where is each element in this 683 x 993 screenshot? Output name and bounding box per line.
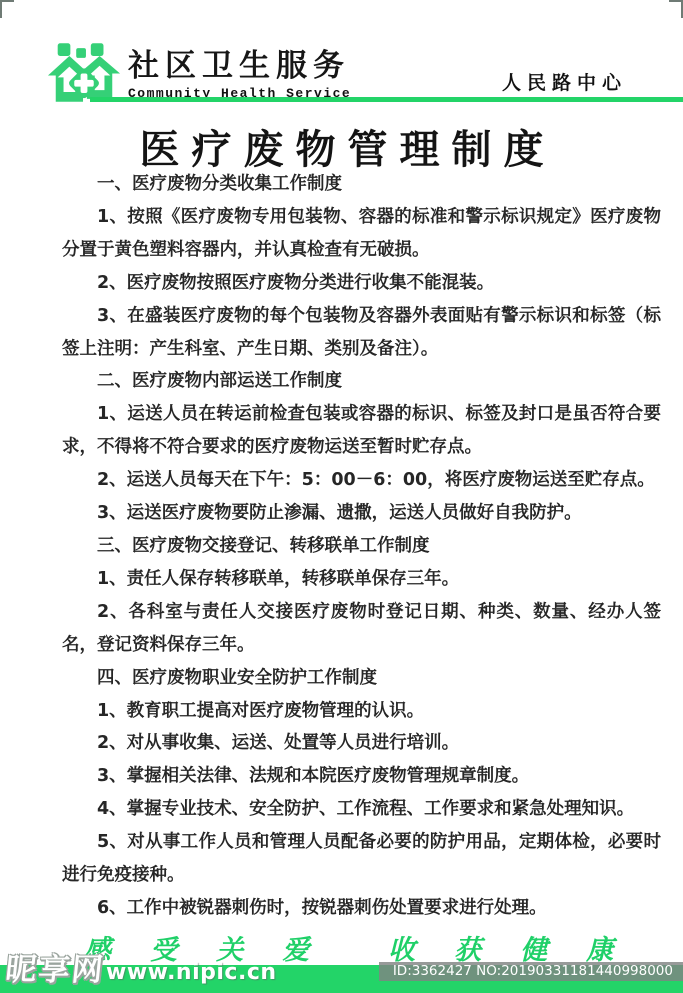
body-paragraph: 1、责任人保存转移联单，转移联单保存三年。 [62,563,661,596]
body-paragraph: 2、各科室与责任人交接医疗废物时登记日期、种类、数量、经办人签名，登记资料保存三… [62,596,661,662]
watermark-site-logo: 昵享网 [4,944,108,989]
body-paragraph: 1、教育职工提高对医疗废物管理的认识。 [62,695,661,728]
org-name-cn: 社区卫生服务 [128,50,351,83]
document-body: 一、医疗废物分类收集工作制度 1、按照《医疗废物专用包装物、容器的标准和警示标识… [62,168,661,925]
section-heading: 三、医疗废物交接登记、转移联单工作制度 [62,530,661,563]
section-heading: 一、医疗废物分类收集工作制度 [62,168,661,201]
body-paragraph: 2、运送人员每天在下午：5：00－6：00，将医疗废物运送至贮存点。 [62,464,661,497]
community-health-logo-icon [46,43,122,104]
body-paragraph: 3、运送医疗废物要防止渗漏、遗撒，运送人员做好自我防护。 [62,497,661,530]
body-paragraph: 6、工作中被锐器刺伤时，按锐器刺伤处置要求进行处理。 [62,892,661,925]
org-title-block: 社区卫生服务 Community Health Service [128,50,351,101]
body-paragraph: 4、掌握专业技术、安全防护、工作流程、工作要求和紧急处理知识。 [62,793,661,826]
watermark-id-badge: ID:3362427 NO:20190331181440998000 [379,962,683,981]
header-divider-line [90,97,683,102]
crop-mark-top-left-icon [0,0,14,2]
watermark-site-url: www.nipic.cn [106,960,277,985]
body-paragraph: 1、运送人员在转运前检查包装或容器的标识、标签及封口是虽否符合要求，不得将不符合… [62,398,661,464]
body-paragraph: 3、在盛装医疗废物的每个包装物及容器外表面贴有警示标识和标签（标签上注明：产生科… [62,300,661,366]
section-heading: 四、医疗废物职业安全防护工作制度 [62,662,661,695]
branch-center-name: 人民路中心 [502,68,627,95]
page-title: 医疗废物管理制度 [0,118,683,175]
section-heading: 二、医疗废物内部运送工作制度 [62,365,661,398]
body-paragraph: 2、对从事收集、运送、处置等人员进行培训。 [62,727,661,760]
body-paragraph: 3、掌握相关法律、法规和本院医疗废物管理规章制度。 [62,760,661,793]
body-paragraph: 2、医疗废物按照医疗废物分类进行收集不能混装。 [62,267,661,300]
crop-mark-top-left-icon [0,0,2,18]
body-paragraph: 1、按照《医疗废物专用包装物、容器的标准和警示标识规定》医疗废物分置于黄色塑料容… [62,201,661,267]
poster-page: 社区卫生服务 Community Health Service 人民路中心 医疗… [0,0,683,993]
body-paragraph: 5、对从事工作人员和管理人员配备必要的防护用品，定期体检，必要时进行免疫接种。 [62,826,661,892]
